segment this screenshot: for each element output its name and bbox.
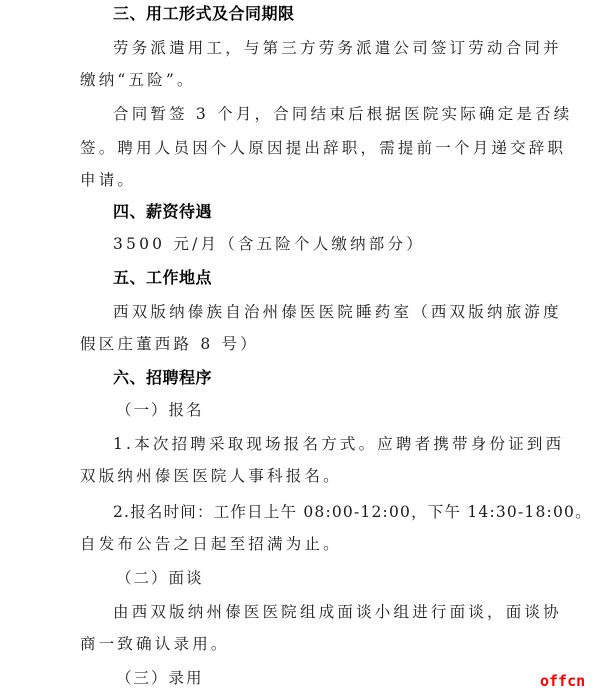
paragraph-line: 3500 元/月（含五险个人缴纳部分） [113,234,553,254]
paragraph-line: 申请。 [80,170,520,190]
paragraph-line: 合同暂签 3 个月，合同结束后根据医院实际确定是否续 [113,104,553,124]
section-heading-recruitment-procedure: 六、招聘程序 [113,368,553,388]
subheading-registration: （一）报名 [116,400,556,420]
document-page: 三、用工形式及合同期限 劳务派遣用工，与第三方劳务派遣公司签订劳动合同并 缴纳“… [0,0,607,696]
paragraph-line: 由西双版纳州傣医医院组成面谈小组进行面谈，面谈协 [113,602,553,622]
paragraph-line: 2.报名时间：工作日上午 08:00-12:00，下午 14:30-18:00。 [113,502,553,522]
paragraph-line: 1.本次招聘采取现场报名方式。应聘者携带身份证到西 [113,434,553,454]
paragraph-line: 自发布公告之日起至招满为止。 [80,534,520,554]
subheading-interview: （二）面谈 [116,568,556,588]
paragraph-line: 假区庄董西路 8 号） [80,334,520,354]
paragraph-line: 签。聘用人员因个人原因提出辞职，需提前一个月递交辞职 [80,138,520,158]
paragraph-line: 双版纳州傣医医院人事科报名。 [80,466,520,486]
offcn-watermark: offcn [540,672,585,690]
paragraph-line: 缴纳“五险”。 [80,70,520,90]
subheading-hiring: （三）录用 [116,668,556,688]
section-heading-salary: 四、薪资待遇 [113,202,553,222]
paragraph-line: 西双版纳傣族自治州傣医医院睡药室（西双版纳旅游度 [113,302,553,322]
paragraph-line: 商一致确认录用。 [80,634,520,654]
paragraph-line: 劳务派遣用工，与第三方劳务派遣公司签订劳动合同并 [113,38,553,58]
section-heading-work-location: 五、工作地点 [113,268,553,288]
section-heading-employment-form: 三、用工形式及合同期限 [113,4,553,24]
